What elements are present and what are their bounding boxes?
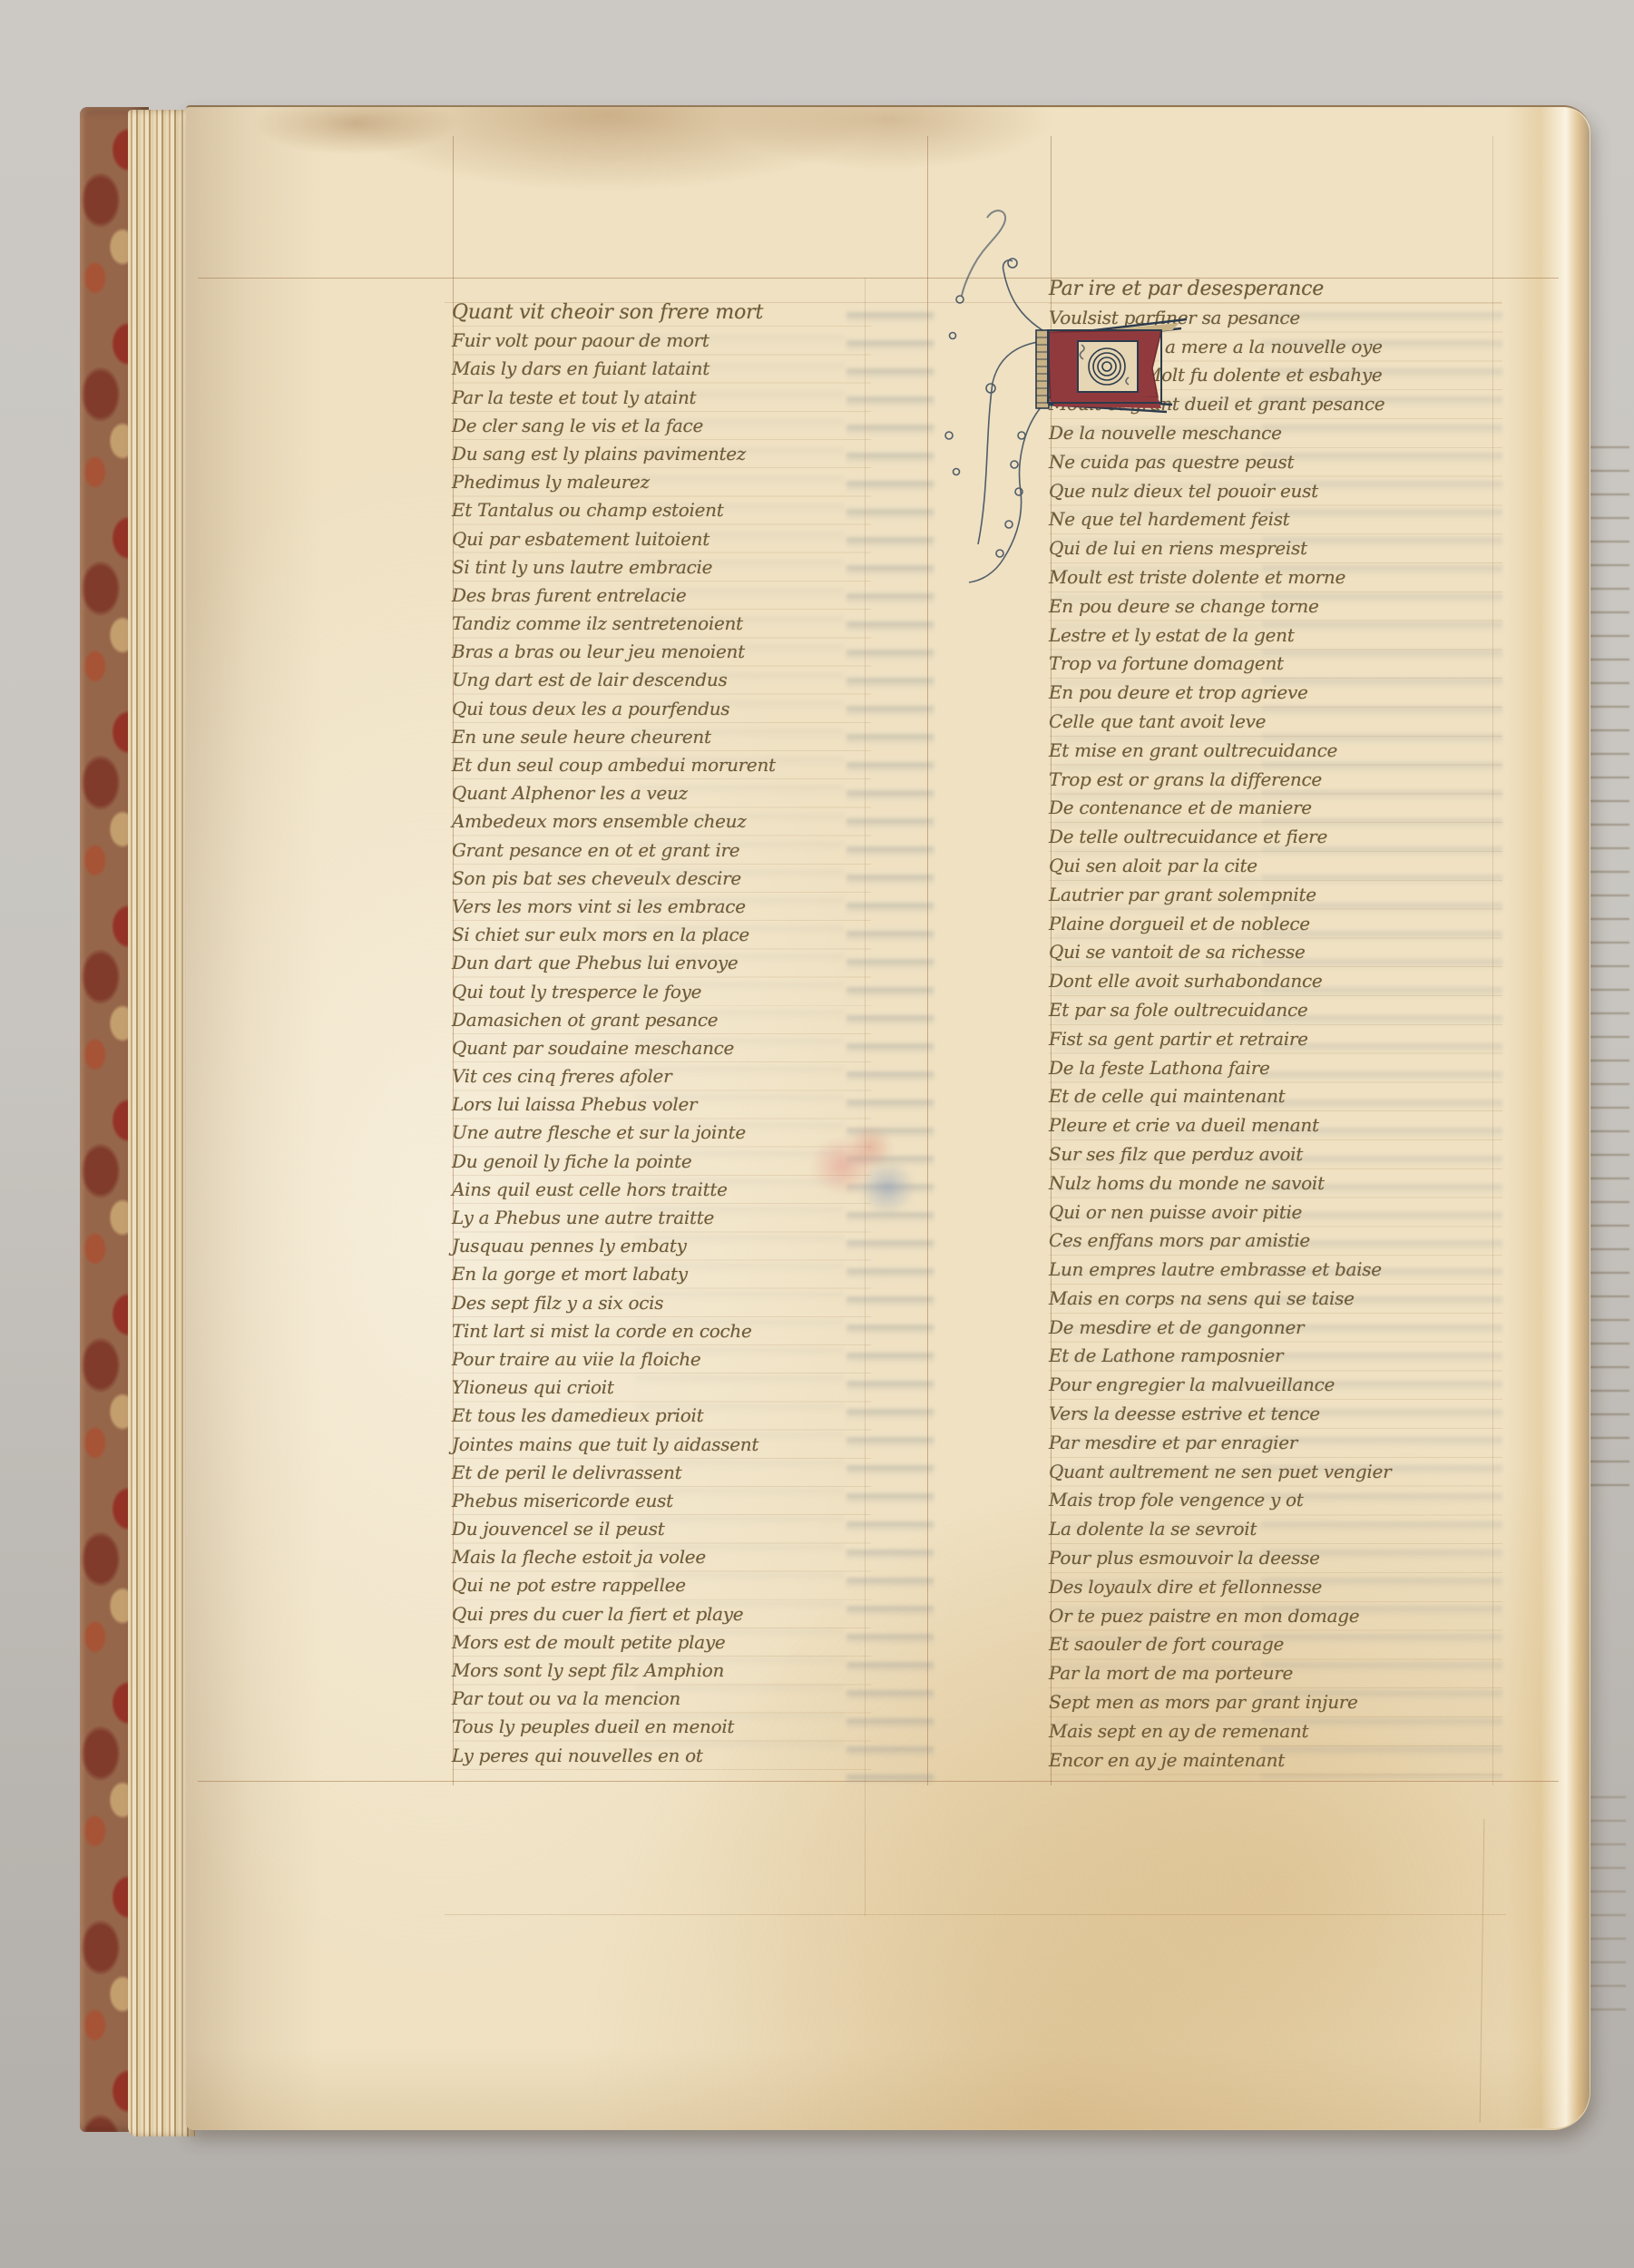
manuscript-line: Vers les mors vint si les embrace [452, 893, 871, 921]
manuscript-line: De la feste Lathona faire [1049, 1054, 1502, 1083]
manuscript-line: Lun empres lautre embrasse et baise [1049, 1256, 1502, 1285]
manuscript-line: Du genoil ly fiche la pointe [452, 1148, 871, 1176]
manuscript-line: Plaine dorgueil et de noblece [1049, 910, 1502, 939]
manuscript-line: Celle que tant avoit leve [1049, 708, 1502, 737]
manuscript-line: Et de Lathone ramposnier [1049, 1342, 1502, 1371]
manuscript-line: De telle oultrecuidance et fiere [1049, 823, 1502, 852]
manuscript-line: Si chiet sur eulx mors en la place [452, 921, 871, 949]
initial-bar [1036, 330, 1049, 408]
manuscript-line: Lestre et ly estat de la gent [1049, 621, 1502, 650]
manuscript-line: Et de peril le delivrassent [452, 1459, 871, 1487]
manuscript-line: En pou deure se change torne [1049, 592, 1502, 621]
manuscript-line: Fist sa gent partir et retraire [1049, 1025, 1502, 1054]
manuscript-line: Or te puez paistre en mon domage [1049, 1602, 1502, 1631]
manuscript-line: Qui pres du cuer la fiert et playe [452, 1600, 871, 1628]
manuscript-line: Lautrier par grant solempnite [1049, 881, 1502, 910]
manuscript-line: Mais en corps na sens qui se taise [1049, 1285, 1502, 1314]
manuscript-line: Par tout ou va la mencion [452, 1685, 871, 1713]
manuscript-line: Par mesdire et par enragier [1049, 1429, 1502, 1458]
manuscript-line: Encor en ay je maintenant [1049, 1746, 1502, 1775]
manuscript-line: Quant vit cheoir son frere mort [452, 298, 871, 327]
manuscript-line: Trop va fortune domagent [1049, 650, 1502, 679]
manuscript-line: Nulz homs du monde ne savoit [1049, 1169, 1502, 1198]
manuscript-line: Ains quil eust celle hors traitte [452, 1176, 871, 1204]
manuscript-line: Des sept filz y a six ocis [452, 1289, 871, 1317]
manuscript-line: Ung dart est de lair descendus [452, 666, 871, 694]
manuscript-line: Tint lart si mist la corde en coche [452, 1317, 871, 1345]
manuscript-line: Du jouvencel se il peust [452, 1515, 871, 1543]
manuscript-line: Qui tout ly tresperce le foye [452, 978, 871, 1006]
manuscript-line: Ylioneus qui crioit [452, 1374, 871, 1402]
manuscript-line: Jointes mains que tuit ly aidassent [452, 1431, 871, 1459]
manuscript-line: Qui ne pot estre rappellee [452, 1571, 871, 1599]
manuscript-line: Dun dart que Phebus lui envoye [452, 949, 871, 977]
manuscript-line: Pour traire au viie la floiche [452, 1345, 871, 1374]
manuscript-line: Et tous les damedieux prioit [452, 1402, 871, 1430]
manuscript-line: Mais ly dars en fuiant lataint [452, 355, 871, 383]
manuscript-line: Damasichen ot grant pesance [452, 1006, 871, 1034]
manuscript-line: Grant pesance en ot et grant ire [452, 836, 871, 865]
manuscript-line: Fuir volt pour paour de mort [452, 327, 871, 355]
manuscript-line: En la gorge et mort labaty [452, 1260, 871, 1288]
page-edges-stack [128, 110, 195, 2136]
text-column-left: Quant vit cheoir son frere mortFuir volt… [452, 298, 871, 1771]
manuscript-line: Sur ses filz que perduz avoit [1049, 1140, 1502, 1169]
penwork-flourish [945, 259, 1045, 590]
manuscript-line: De cler sang le vis et la face [452, 412, 871, 440]
manuscript-line: Pour engregier la malvueillance [1049, 1371, 1502, 1400]
manuscript-line: Et par sa fole oultrecuidance [1049, 996, 1502, 1025]
ruling-line [445, 1914, 1506, 1915]
manuscript-line: Bras a bras ou leur jeu menoient [452, 638, 871, 666]
manuscript-line: Phebus misericorde eust [452, 1487, 871, 1515]
manuscript-line: Sept men as mors par grant injure [1049, 1688, 1502, 1717]
manuscript-line: Et Tantalus ou champ estoient [452, 496, 871, 524]
manuscript-line: Phedimus ly maleurez [452, 468, 871, 496]
manuscript-line: Son pis bat ses cheveulx descire [452, 865, 871, 893]
manuscript-line: Et de celle qui maintenant [1049, 1082, 1502, 1111]
manuscript-line: Quant Alphenor les a veuz [452, 779, 871, 807]
manuscript-line: Ambedeux mors ensemble cheuz [452, 807, 871, 836]
underlying-page-text [1586, 1796, 1626, 2014]
manuscript-line: Qui par esbatement luitoient [452, 525, 871, 553]
manuscript-line: En pou deure et trop agrieve [1049, 679, 1502, 708]
manuscript-line: Dont elle avoit surhabondance [1049, 967, 1502, 996]
manuscript-line: Mais sept en ay de remenant [1049, 1717, 1502, 1746]
manuscript-line: En une seule heure cheurent [452, 723, 871, 751]
manuscript-line: De mesdire et de gangonner [1049, 1314, 1502, 1343]
manuscript-line: Tandiz comme ilz sentretenoient [452, 610, 871, 638]
manuscript-line: Par la teste et tout ly ataint [452, 384, 871, 412]
manuscript-line: Qui sen aloit par la cite [1049, 852, 1502, 881]
manuscript-line: Mais la fleche estoit ja volee [452, 1543, 871, 1571]
manuscript-line: Et saouler de fort courage [1049, 1630, 1502, 1659]
manuscript-line: Qui or nen puisse avoir pitie [1049, 1198, 1502, 1227]
manuscript-line: Quant par soudaine meschance [452, 1034, 871, 1062]
manuscript-line: Et dun seul coup ambedui morurent [452, 751, 871, 779]
manuscript-line: Par la mort de ma porteure [1049, 1659, 1502, 1688]
manuscript-line: Ly peres qui nouvelles en ot [452, 1742, 871, 1770]
manuscript-line: La dolente la se sevroit [1049, 1515, 1502, 1544]
manuscript-line: Vit ces cinq freres afoler [452, 1062, 871, 1090]
manuscript-line: Ly a Phebus une autre traitte [452, 1204, 871, 1232]
manuscript-line: Et mise en grant oultrecuidance [1049, 737, 1502, 766]
manuscript-line: Mors est de moult petite playe [452, 1628, 871, 1657]
manuscript-line: Mais trop fole vengence y ot [1049, 1486, 1502, 1515]
manuscript-line: Des bras furent entrelacie [452, 582, 871, 610]
manuscript-line: Quant aultrement ne sen puet vengier [1049, 1458, 1502, 1487]
manuscript-line: Trop est or grans la difference [1049, 766, 1502, 795]
manuscript-line: Qui se vantoit de sa richesse [1049, 938, 1502, 967]
manuscript-line: Des loyaulx dire et fellonnesse [1049, 1573, 1502, 1602]
manuscript-line: Pleure et crie va dueil menant [1049, 1111, 1502, 1140]
manuscript-line: Pour plus esmouvoir la deesse [1049, 1544, 1502, 1573]
manuscript-line: Mors sont ly sept filz Amphion [452, 1657, 871, 1685]
manuscript-line: Du sang est ly plains pavimentez [452, 440, 871, 468]
manuscript-line: Vers la deesse estrive et tence [1049, 1400, 1502, 1429]
manuscript-line: Jusquau pennes ly embaty [452, 1232, 871, 1260]
manuscript-line: Qui tous deux les a pourfendus [452, 695, 871, 723]
page-curl-highlight [1506, 107, 1590, 2128]
manuscript-line: a mere a la nouvelle oye [1165, 333, 1502, 362]
manuscript-line: Ces enffans mors par amistie [1049, 1227, 1502, 1256]
underlying-page-text [1588, 446, 1629, 1490]
photograph-of-manuscript: Quant vit cheoir son frere mortFuir volt… [0, 0, 1634, 2268]
manuscript-line: Lors lui laissa Phebus voler [452, 1090, 871, 1119]
manuscript-line: Si tint ly uns lautre embracie [452, 553, 871, 582]
illuminated-initial-L [934, 163, 1207, 590]
manuscript-line: De contenance et de maniere [1049, 794, 1502, 823]
manuscript-line: Une autre flesche et sur la jointe [452, 1119, 871, 1147]
manuscript-line: Tous ly peuples dueil en menoit [452, 1713, 871, 1741]
